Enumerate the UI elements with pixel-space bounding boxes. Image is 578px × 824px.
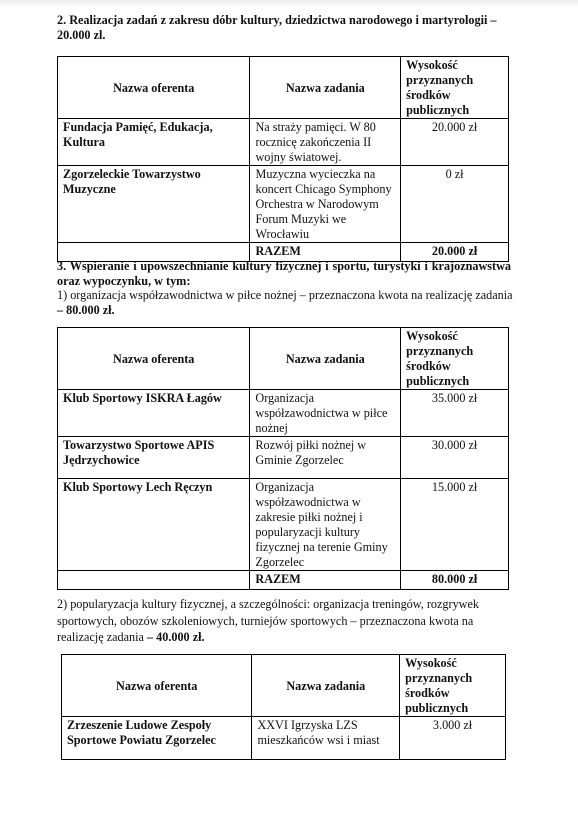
section-3-sub2-line3: realizację zadania – 40.000 zł. bbox=[57, 629, 527, 646]
header-kwota: Wysokość przyznanych środków publicznych bbox=[401, 57, 509, 119]
cell-zadanie: Organizacja współzawodnictwa w piłce noż… bbox=[250, 390, 401, 437]
cell-oferent: Towarzystwo Sportowe APIS Jędrzychowice bbox=[58, 437, 250, 479]
cell-zadanie: XXVI Igrzyska LZS mieszkańców wsi i mias… bbox=[252, 717, 400, 760]
table-row: Towarzystwo Sportowe APIS Jędrzychowice … bbox=[58, 437, 509, 479]
table-header-row: Nazwa oferenta Nazwa zadania Wysokość pr… bbox=[58, 57, 509, 119]
section-2-heading-line1: 2. Realizacja zadań z zakresu dóbr kultu… bbox=[57, 13, 527, 28]
cell-kwota: 3.000 zł bbox=[400, 717, 506, 760]
cell-zadanie: Rozwój piłki nożnej w Gminie Zgorzelec bbox=[250, 437, 401, 479]
sub2-line3-text: realizację zadania bbox=[57, 630, 147, 644]
cell-zadanie: Na straży pamięci. W 80 rocznicę zakończ… bbox=[250, 119, 401, 166]
header-oferent: Nazwa oferenta bbox=[58, 57, 250, 119]
section-3-sub1: 1) organizacja współzawodnictwa w piłce … bbox=[57, 288, 517, 318]
table-row: Klub Sportowy ISKRA Łagów Organizacja ws… bbox=[58, 390, 509, 437]
cell-kwota: 20.000 zł bbox=[401, 119, 509, 166]
header-zadanie: Nazwa zadania bbox=[250, 328, 401, 390]
table-section-2: Nazwa oferenta Nazwa zadania Wysokość pr… bbox=[57, 56, 509, 262]
table-header-row: Nazwa oferenta Nazwa zadania Wysokość pr… bbox=[58, 328, 509, 390]
cell-zadanie: Organizacja współzawodnictwa w zakresie … bbox=[250, 479, 401, 571]
section-3-heading: 3. Wspieranie i upowszechnianie kultury … bbox=[57, 259, 511, 289]
section-3-sub2-line2: sportowych, obozów szkoleniowych, turnie… bbox=[57, 613, 527, 630]
cell-kwota: 35.000 zł bbox=[401, 390, 509, 437]
total-label: RAZEM bbox=[250, 571, 401, 590]
sub2-line3-amount: – 40.000 zł. bbox=[147, 630, 205, 644]
cell-oferent: Klub Sportowy Lech Ręczyn bbox=[58, 479, 250, 571]
cell-oferent: Zgorzeleckie Towarzystwo Muzyczne bbox=[58, 166, 250, 243]
header-kwota: Wysokość przyznanych środków publicznych bbox=[401, 328, 509, 390]
cell-kwota: 30.000 zł bbox=[401, 437, 509, 479]
cell-kwota: 0 zł bbox=[401, 166, 509, 243]
total-value: 80.000 zł bbox=[401, 571, 509, 590]
cell-kwota: 15.000 zł bbox=[401, 479, 509, 571]
section-2-heading: 2. Realizacja zadań z zakresu dóbr kultu… bbox=[57, 13, 527, 43]
table-total-row: RAZEM 80.000 zł bbox=[58, 571, 509, 590]
header-zadanie: Nazwa zadania bbox=[252, 655, 400, 717]
table-section-3-1: Nazwa oferenta Nazwa zadania Wysokość pr… bbox=[57, 327, 509, 590]
table-row: Fundacja Pamięć, Edukacja, Kultura Na st… bbox=[58, 119, 509, 166]
table-row: Zrzeszenie Ludowe Zespoły Sportowe Powia… bbox=[62, 717, 506, 760]
header-oferent: Nazwa oferenta bbox=[58, 328, 250, 390]
header-oferent: Nazwa oferenta bbox=[62, 655, 252, 717]
table-header-row: Nazwa oferenta Nazwa zadania Wysokość pr… bbox=[62, 655, 506, 717]
header-kwota: Wysokość przyznanych środków publicznych bbox=[400, 655, 506, 717]
section-3-sub1-amount: – 80.000 zł. bbox=[57, 303, 517, 318]
table-row: Klub Sportowy Lech Ręczyn Organizacja ws… bbox=[58, 479, 509, 571]
header-zadanie: Nazwa zadania bbox=[250, 57, 401, 119]
cell-oferent: Klub Sportowy ISKRA Łagów bbox=[58, 390, 250, 437]
section-3-sub2-line1: 2) popularyzacja kultury fizycznej, a sz… bbox=[57, 596, 527, 613]
page-top-shadow bbox=[0, 0, 578, 8]
section-3-sub1-text: 1) organizacja współzawodnictwa w piłce … bbox=[57, 288, 517, 303]
table-row: Zgorzeleckie Towarzystwo Muzyczne Muzycz… bbox=[58, 166, 509, 243]
section-3-sub2: 2) popularyzacja kultury fizycznej, a sz… bbox=[57, 596, 527, 646]
table-section-3-2: Nazwa oferenta Nazwa zadania Wysokość pr… bbox=[61, 654, 506, 760]
cell-zadanie: Muzyczna wycieczka na koncert Chicago Sy… bbox=[250, 166, 401, 243]
section-2-heading-line2: 20.000 zl. bbox=[57, 28, 527, 43]
cell-empty bbox=[58, 571, 250, 590]
cell-oferent: Zrzeszenie Ludowe Zespoły Sportowe Powia… bbox=[62, 717, 252, 760]
cell-oferent: Fundacja Pamięć, Edukacja, Kultura bbox=[58, 119, 250, 166]
